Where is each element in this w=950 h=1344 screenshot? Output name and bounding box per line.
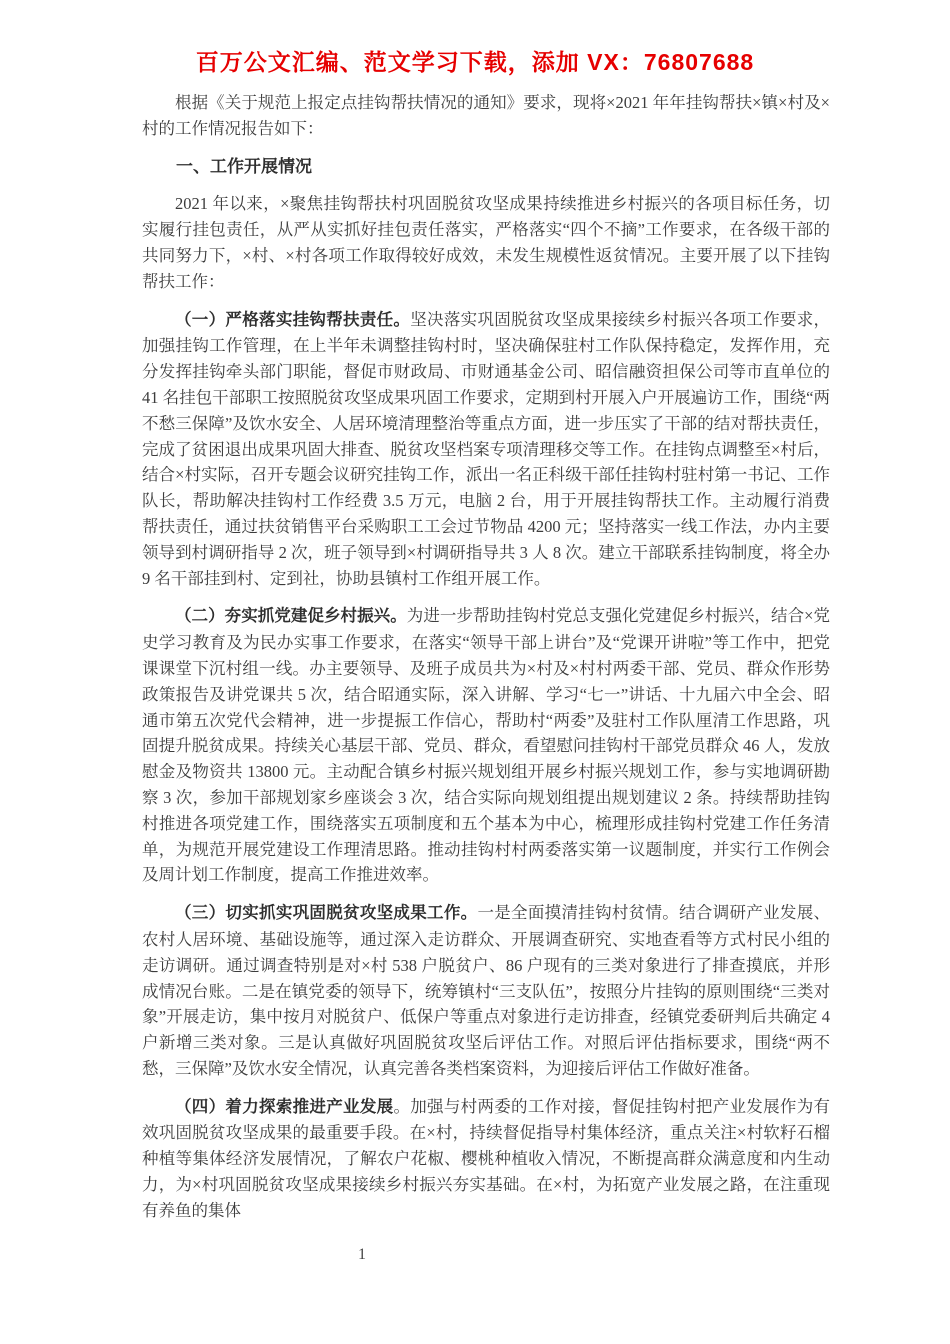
intro-paragraph: 根据《关于规范上报定点挂钩帮扶情况的通知》要求，现将×2021 年年挂钩帮扶×镇… — [142, 90, 830, 142]
paragraph-item-2-lead: （二）夯实抓党建促乡村振兴。 — [175, 607, 407, 625]
paragraph-overview: 2021 年以来，×聚焦挂钩帮扶村巩固脱贫攻坚成果持续推进乡村振兴的各项目标任务… — [142, 191, 830, 294]
paragraph-item-1: （一）严格落实挂钩帮扶责任。坚决落实巩固脱贫攻坚成果接续乡村振兴各项工作要求，加… — [142, 307, 830, 592]
document-page: 百万公文汇编、范文学习下载，添加 VX：76807688 根据《关于规范上报定点… — [0, 0, 950, 1344]
header-ad-banner: 百万公文汇编、范文学习下载，添加 VX：76807688 — [0, 44, 950, 77]
paragraph-item-4-lead: （四）着力探索推进产业发展 — [175, 1098, 393, 1116]
page-number: 1 — [348, 1246, 376, 1264]
paragraph-item-4: （四）着力探索推进产业发展。加强与村两委的工作对接，督促挂钩村把产业发展作为有效… — [142, 1094, 830, 1224]
paragraph-item-2-text: 为进一步帮助挂钩村党总支强化党建促乡村振兴，结合×党史学习教育及为民办实事工作要… — [142, 606, 830, 884]
paragraph-item-3-lead: （三）切实抓实巩固脱贫攻坚成果工作。 — [175, 904, 477, 922]
paragraph-item-3-text: 一是全面摸清挂钩村贫情。结合调研产业发展、农村人居环境、基础设施等，通过深入走访… — [142, 903, 830, 1078]
document-body: 根据《关于规范上报定点挂钩帮扶情况的通知》要求，现将×2021 年年挂钩帮扶×镇… — [142, 90, 830, 1236]
paragraph-item-3: （三）切实抓实巩固脱贫攻坚成果工作。一是全面摸清挂钩村贫情。结合调研产业发展、农… — [142, 900, 830, 1082]
section-heading-1: 一、工作开展情况 — [142, 154, 830, 180]
paragraph-overview-text: 2021 年以来，×聚焦挂钩帮扶村巩固脱贫攻坚成果持续推进乡村振兴的各项目标任务… — [142, 194, 830, 290]
paragraph-item-1-text: 坚决落实巩固脱贫攻坚成果接续乡村振兴各项工作要求，加强挂钩工作管理，在上半年未调… — [142, 310, 830, 588]
paragraph-item-1-lead: （一）严格落实挂钩帮扶责任。 — [175, 311, 410, 329]
paragraph-item-2: （二）夯实抓党建促乡村振兴。为进一步帮助挂钩村党总支强化党建促乡村振兴，结合×党… — [142, 603, 830, 888]
